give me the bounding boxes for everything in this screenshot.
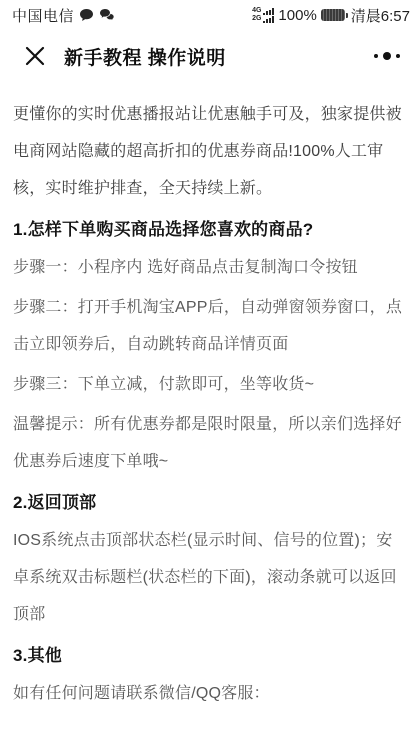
intro-paragraph: 更懂你的实时优惠播报站让优惠触手可及，独家提供被电商网站隐藏的超高折扣的优惠券商… [13, 96, 407, 207]
step-2-text: 步骤二：打开手机淘宝APP后，自动弹窗领券窗口，点击立即领券后，自动跳转商品详情… [13, 289, 407, 363]
step-3-text: 步骤三：下单立减，付款即可，坐等收货~ [13, 366, 407, 403]
nav-bar: 新手教程 操作说明 [0, 28, 420, 84]
wechat-icon [99, 8, 115, 22]
message-bubble-icon [79, 8, 94, 22]
battery-icon [321, 9, 345, 21]
section-2-heading: 2.返回顶部 [13, 484, 407, 521]
status-time-label: 清晨6:57 [351, 5, 410, 26]
sim1-network-label: 4G [252, 7, 261, 15]
page-title: 新手教程 操作说明 [64, 43, 372, 70]
contact-text: 如有任何问题请联系微信/QQ客服： [13, 675, 407, 712]
more-menu-icon[interactable] [372, 46, 402, 66]
mini-program-screen: 中国电信 4G 2G [0, 0, 420, 747]
tip-text: 温馨提示：所有优惠券都是限时限量，所以亲们选择好优惠券后速度下单哦~ [13, 406, 407, 480]
signal-strength-icon: 4G 2G [252, 7, 274, 23]
sim2-network-label: 2G [252, 15, 261, 23]
back-to-top-text: IOS系统点击顶部状态栏(显示时间、信号的位置)；安卓系统双击标题栏(状态栏的下… [13, 522, 407, 633]
close-icon[interactable] [22, 43, 48, 69]
section-1-heading: 1.怎样下单购买商品选择您喜欢的商品? [13, 211, 407, 248]
battery-percent-label: 100% [278, 7, 316, 24]
tutorial-content: 更懂你的实时优惠播报站让优惠触手可及，独家提供被电商网站隐藏的超高折扣的优惠券商… [0, 84, 420, 712]
carrier-label: 中国电信 [12, 5, 74, 26]
section-3-heading: 3.其他 [13, 637, 407, 674]
status-bar: 中国电信 4G 2G [0, 0, 420, 28]
step-1-text: 步骤一：小程序内 选好商品点击复制淘口令按钮 [13, 249, 407, 286]
